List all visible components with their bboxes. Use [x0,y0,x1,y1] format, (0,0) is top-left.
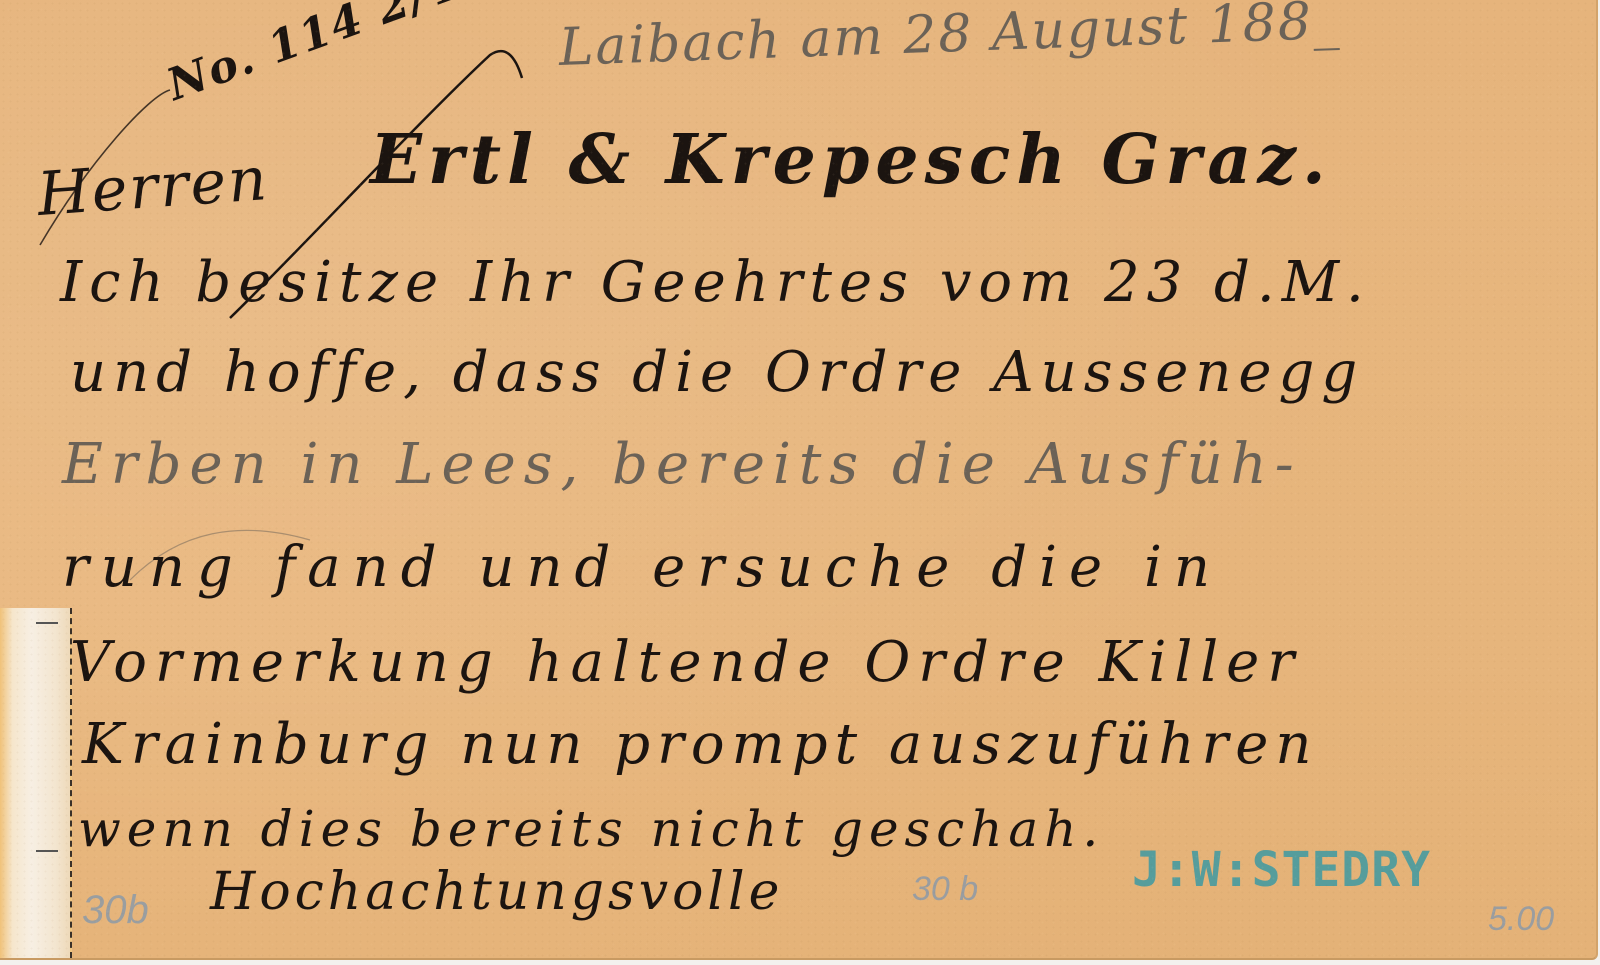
salutation: Herren [35,144,271,230]
sender-stamp: J:W:STEDRY [1132,842,1431,898]
place-and-date: Laibach am 28 August 188_ [558,0,1342,78]
body-line-7: wenn dies bereits nicht geschah. [78,800,1104,858]
body-line-5: Vormerkung haltende Ordre Killer [70,630,1302,695]
body-line-3: Erben in Lees, bereits die Ausfüh- [62,432,1302,497]
pencil-mark-bottom-center: 30 b [912,870,978,909]
body-line-1: Ich besitze Ihr Geehrtes vom 23 d.M. [60,250,1371,315]
body-line-2: und hoffe, dass die Ordre Aussenegg [70,340,1364,405]
reference-number: No. 114 2/4 [161,0,466,111]
label-tick-mark [36,622,58,624]
closing: Hochachtungsvolle [210,862,783,922]
pencil-mark-bottom-left: 30b [82,888,149,933]
paper-label-strip [0,608,72,958]
postcard: No. 114 2/4 Laibach am 28 August 188_ He… [0,0,1598,960]
pencil-mark-bottom-right: 5.00 [1488,900,1554,939]
body-line-4: rung fand und ersuche die in [62,535,1222,600]
addressee: Ertl & Krepesch Graz. [370,120,1332,200]
label-tick-mark [36,850,58,852]
body-line-6: Krainburg nun prompt auszuführen [82,712,1318,777]
